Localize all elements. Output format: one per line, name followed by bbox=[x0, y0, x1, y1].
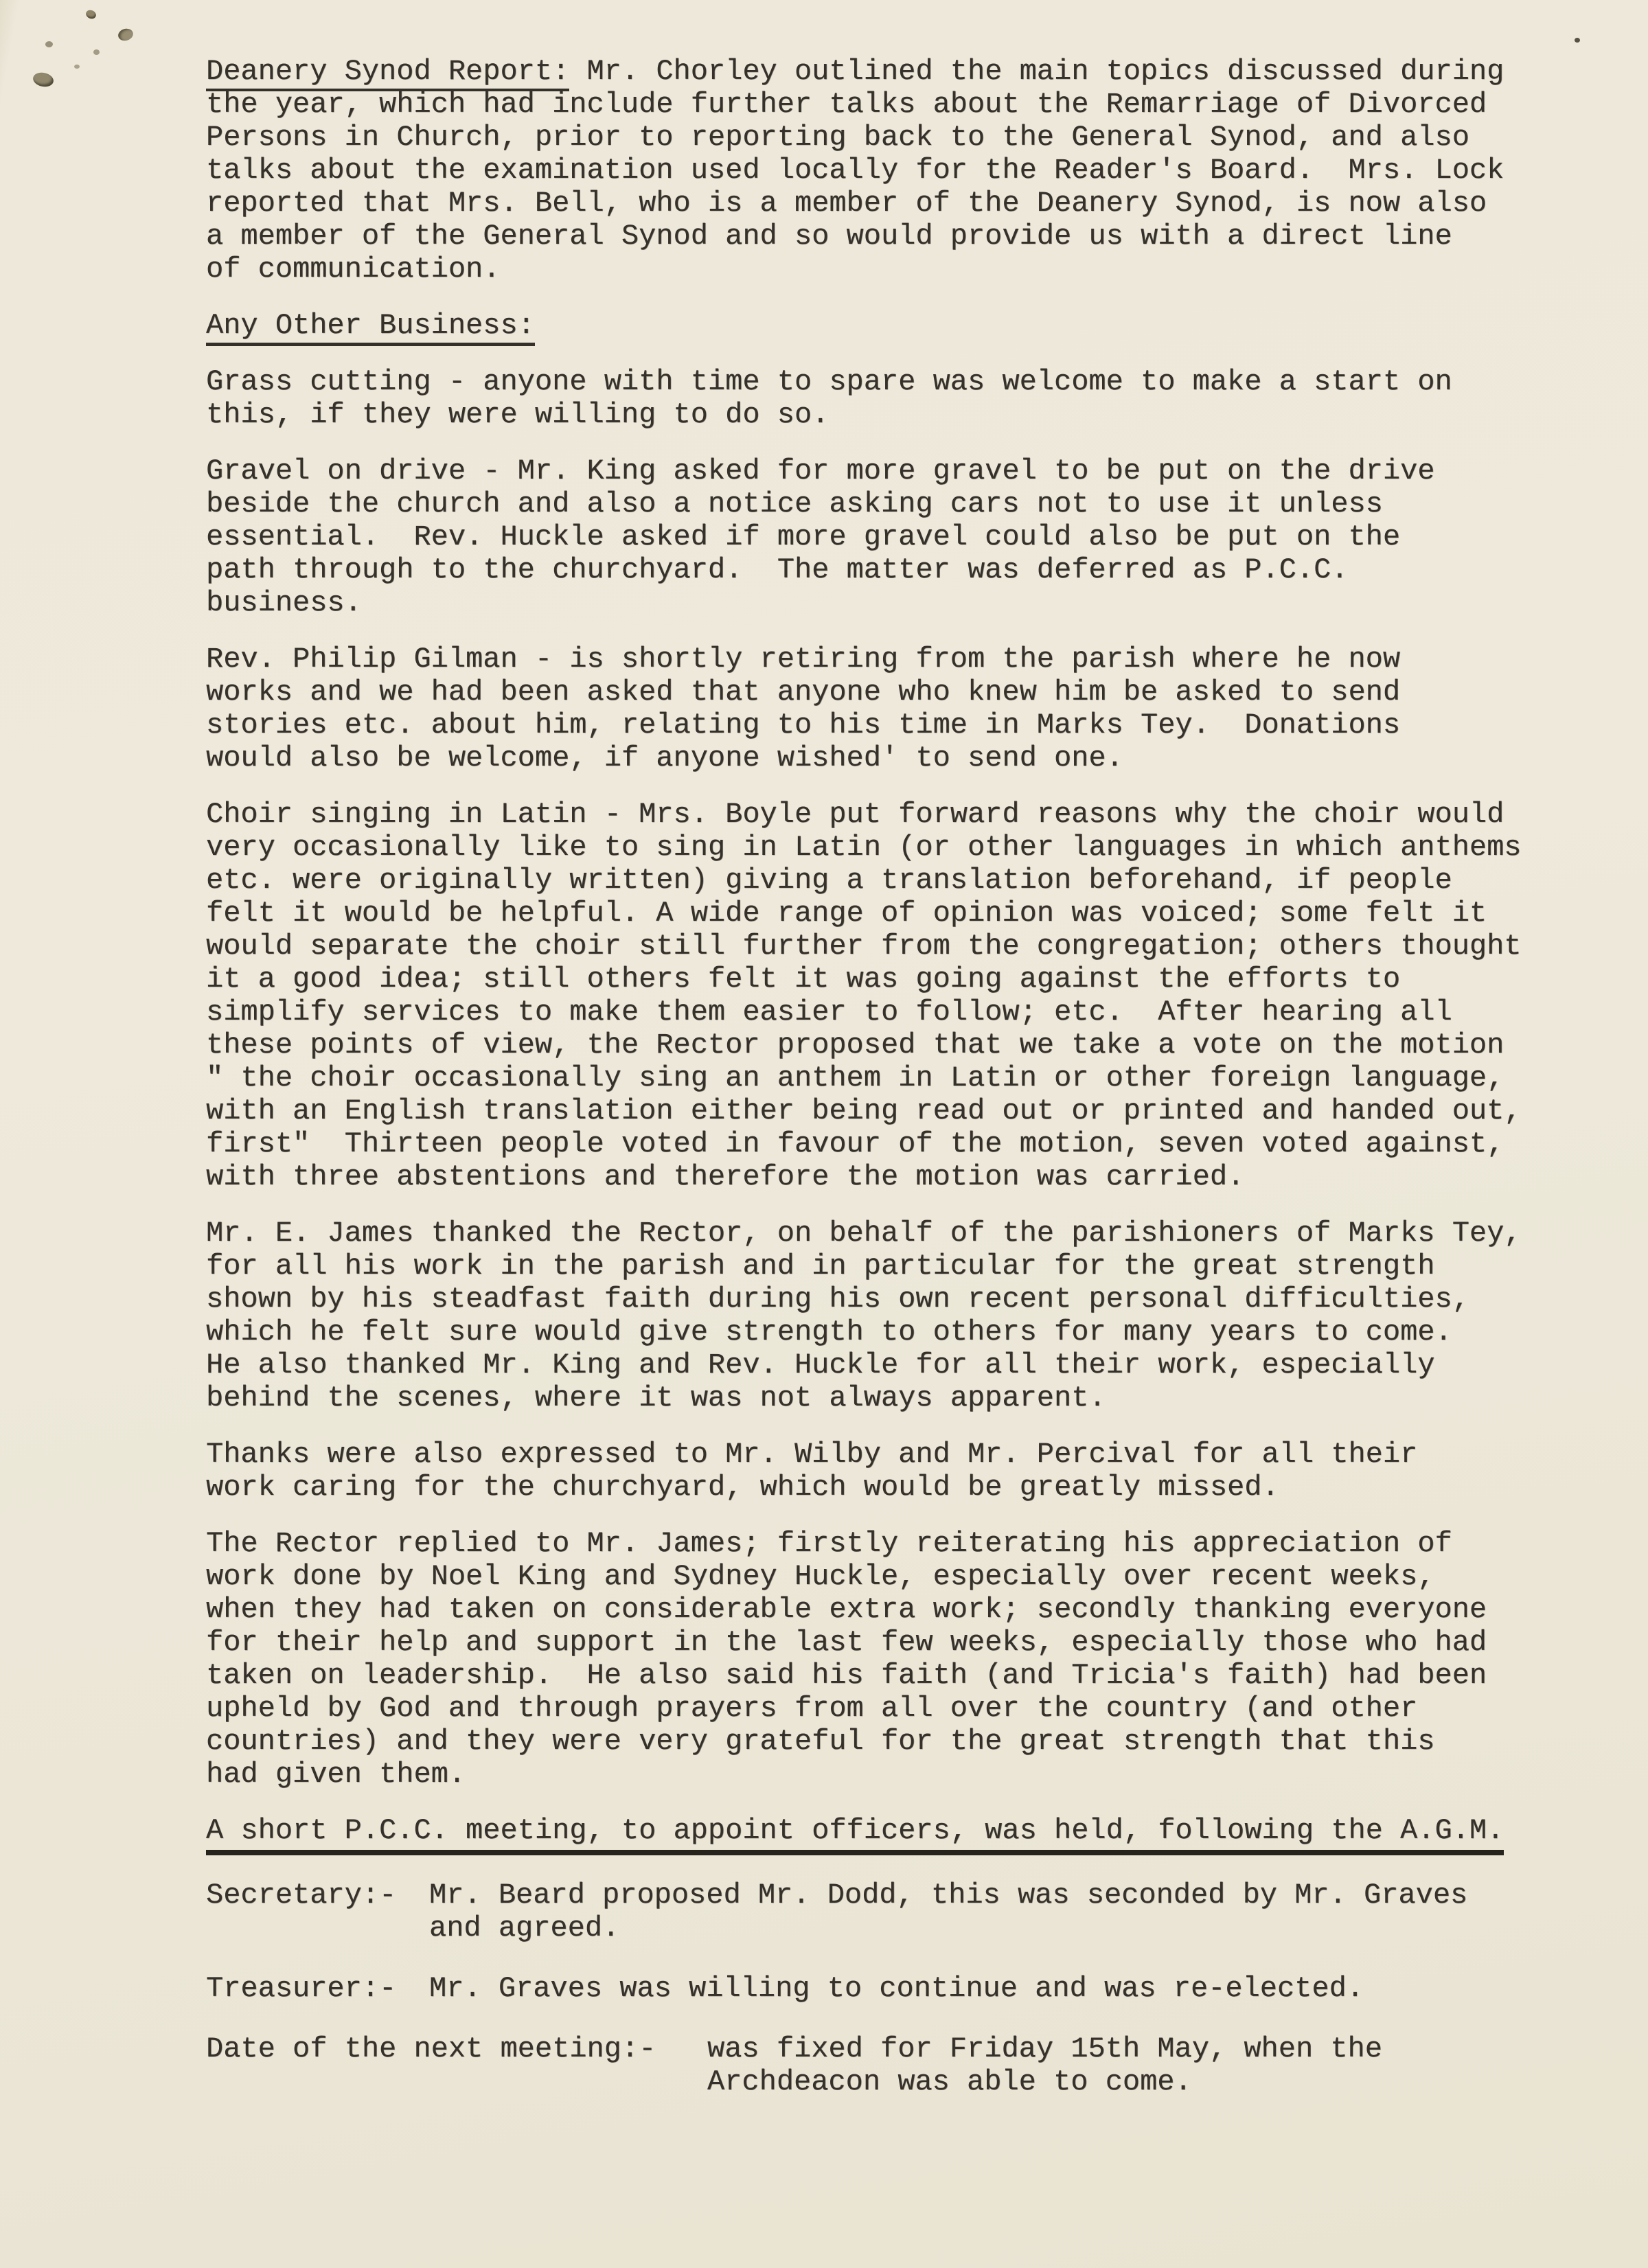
any-other-business-heading: Any Other Business: bbox=[206, 309, 1579, 342]
secretary-text: Mr. Beard proposed Mr. Dodd, this was se… bbox=[429, 1879, 1579, 1945]
paper-mark bbox=[93, 49, 100, 55]
paragraph-gravel-on-drive: Gravel on drive - Mr. King asked for mor… bbox=[206, 455, 1579, 619]
paragraph-rector-reply: The Rector replied to Mr. James; firstly… bbox=[206, 1527, 1579, 1791]
officer-row-treasurer: Treasurer:- Mr. Graves was willing to co… bbox=[206, 1972, 1579, 2005]
officer-row-secretary: Secretary:- Mr. Beard proposed Mr. Dodd,… bbox=[206, 1879, 1579, 1945]
paper-mark bbox=[1575, 38, 1580, 43]
paragraph-churchyard-thanks: Thanks were also expressed to Mr. Wilby … bbox=[206, 1438, 1579, 1504]
paper-mark bbox=[32, 71, 55, 89]
paper-mark bbox=[117, 27, 135, 42]
pcc-meeting-heading: A short P.C.C. meeting, to appoint offic… bbox=[206, 1814, 1579, 1855]
paper-mark bbox=[45, 41, 53, 47]
paragraph-deanery-synod-report: Deanery Synod Report: Mr. Chorley outlin… bbox=[206, 55, 1579, 286]
typed-text-body: Deanery Synod Report: Mr. Chorley outlin… bbox=[206, 55, 1579, 2126]
paragraph-rev-philip-gilman: Rev. Philip Gilman - is shortly retiring… bbox=[206, 643, 1579, 775]
treasurer-text: Mr. Graves was willing to continue and w… bbox=[429, 1972, 1579, 2005]
treasurer-label: Treasurer:- bbox=[206, 1972, 429, 2005]
officer-row-next-meeting: Date of the next meeting:- was fixed for… bbox=[206, 2032, 1579, 2098]
paragraph-james-thanks: Mr. E. James thanked the Rector, on beha… bbox=[206, 1217, 1579, 1414]
deanery-synod-report-heading: Deanery Synod Report: bbox=[206, 55, 569, 91]
paragraph-grass-cutting: Grass cutting - anyone with time to spar… bbox=[206, 365, 1579, 431]
deanery-synod-report-text: Mr. Chorley outlined the main topics dis… bbox=[206, 55, 1504, 286]
next-meeting-label: Date of the next meeting:- bbox=[206, 2032, 707, 2098]
next-meeting-text: was fixed for Friday 15th May, when the … bbox=[707, 2032, 1579, 2098]
paper-mark bbox=[74, 65, 80, 69]
secretary-label: Secretary:- bbox=[206, 1879, 429, 1945]
paragraph-choir-singing-latin: Choir singing in Latin - Mrs. Boyle put … bbox=[206, 798, 1579, 1193]
paper-mark bbox=[84, 8, 98, 20]
document-page: Deanery Synod Report: Mr. Chorley outlin… bbox=[0, 0, 1648, 2268]
